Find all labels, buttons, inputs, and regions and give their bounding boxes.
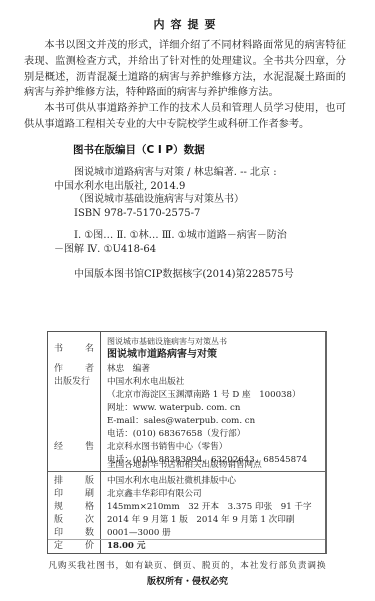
publisher-address: （北京市海淀区玉渊潭南路 1 号 D 座 100038）: [107, 389, 321, 401]
print-run-value: 0001—3000 册: [107, 527, 321, 539]
summary-paragraph-2: 本书可供从事道路养护工作的技术人员和管理人员学习使用，也可供从事道路工程相关专业…: [24, 101, 346, 133]
label-char: 格: [85, 501, 94, 513]
printing-value: 北京鑫丰华彩印有限公司: [107, 488, 321, 500]
label-edition: 版 次: [54, 514, 94, 526]
distributor-name: 北京科水图书销售中心（零售）: [107, 441, 321, 453]
summary-paragraph-1: 本书以图文并茂的形式，详细介绍了不同材料路面常见的病害特征表现、监测检查方式，并…: [24, 38, 346, 101]
label-char: 规: [54, 501, 63, 513]
cip-series-line: （图说城市基础设施病害与对策丛书）: [54, 193, 344, 207]
cip-isbn: ISBN 978-7-5170-2575-7: [54, 207, 344, 221]
label-char: 数: [85, 527, 94, 539]
book-name: 图说城市道路病害与对策: [107, 349, 321, 361]
label-text: 出版发行: [54, 376, 90, 388]
table-row-website: 网址：www. waterpub. com. cn: [48, 402, 325, 414]
publisher-name: 中国水利水电出版社: [107, 376, 321, 388]
label-char: 刷: [85, 488, 94, 500]
series-name: 图说城市基础设施病害与对策丛书: [107, 336, 321, 348]
typesetting-value: 中国水利水电出版社微机排版中心: [107, 475, 321, 487]
label-char: 版: [85, 475, 94, 487]
table-row-edition: 版 次 2014 年 9 月第 1 版 2014 年 9 月第 1 次印刷: [48, 514, 325, 526]
table-row-printing: 印 刷 北京鑫丰华彩印有限公司: [48, 488, 325, 500]
label-char: 书: [54, 343, 63, 355]
cip-entry-line2: 中国水利水电出版社, 2014.9: [54, 180, 344, 194]
table-row-phone: 电话：(010) 68367658（发行部）: [48, 428, 325, 440]
label-char: 版: [54, 514, 63, 526]
table-row-distributor: 经 售 北京科水图书销售中心（零售）: [48, 441, 325, 453]
label-char: 作: [54, 363, 63, 375]
price-value: 18.00 元: [107, 540, 321, 552]
retail-network: 全国各地新华书店和相关出版物销售网点: [107, 459, 321, 471]
label-char: 者: [85, 363, 94, 375]
publication-info-table: 图说城市基础设施病害与对策丛书 书 名 图说城市道路病害与对策 作 者 林忠 编…: [47, 331, 327, 554]
cip-record-number: 中国版本图书馆CIP数据核字(2014)第228575号: [74, 265, 294, 280]
copyright-notice: 版权所有・侵权必究: [0, 574, 375, 587]
table-row-publisher: 出版发行 中国水利水电出版社: [48, 376, 325, 388]
label-char: 价: [85, 540, 94, 552]
label-format: 规 格: [54, 501, 94, 513]
label-price: 定 价: [54, 540, 94, 552]
label-distributor: 经 售: [54, 441, 94, 453]
table-row-retail-network: 全国各地新华书店和相关出版物销售网点: [48, 459, 325, 471]
cip-classification-line2: －图解 Ⅳ. ①U418-64: [54, 243, 344, 257]
label-author: 作 者: [54, 363, 94, 375]
label-char: 名: [85, 343, 94, 355]
cip-classification-line1: Ⅰ. ①图… Ⅱ. ①林… Ⅲ. ①城市道路－病害－防治: [54, 229, 344, 243]
summary-body: 本书以图文并茂的形式，详细介绍了不同材料路面常见的病害特征表现、监测检查方式，并…: [24, 38, 346, 133]
label-print-run: 印 数: [54, 527, 94, 539]
table-row-typesetting: 排 版 中国水利水电出版社微机排版中心: [48, 475, 325, 487]
label-typesetting: 排 版: [54, 475, 94, 487]
publisher-phone: 电话：(010) 68367658（发行部）: [107, 428, 321, 440]
table-row-format: 规 格 145mm×210mm 32 开本 3.375 印张 91 千字: [48, 501, 325, 513]
label-char: 定: [54, 540, 63, 552]
table-row-price: 定 价 18.00 元: [48, 540, 325, 552]
table-row-email: E-mail：sales@waterpub. com. cn: [48, 415, 325, 427]
publisher-website: 网址：www. waterpub. com. cn: [107, 402, 321, 414]
label-char: 经: [54, 441, 63, 453]
label-char: 售: [85, 441, 94, 453]
table-row-author: 作 者 林忠 编著: [48, 363, 325, 375]
label-publisher: 出版发行: [54, 376, 94, 388]
format-value: 145mm×210mm 32 开本 3.375 印张 91 千字: [107, 501, 321, 513]
table-row-print-run: 印 数 0001—3000 册: [48, 527, 325, 539]
author-value: 林忠 编著: [107, 363, 321, 375]
label-char: 印: [54, 488, 63, 500]
table-row-book-name: 书 名 图说城市道路病害与对策: [48, 349, 325, 361]
cip-entry-line1: 图说城市道路病害与对策 / 林忠编著. -- 北京 :: [54, 166, 344, 180]
cip-classification: Ⅰ. ①图… Ⅱ. ①林… Ⅲ. ①城市道路－病害－防治 －图解 Ⅳ. ①U41…: [54, 229, 344, 256]
table-row-publisher-address: （北京市海淀区玉渊潭南路 1 号 D 座 100038）: [48, 389, 325, 401]
cip-entry: 图说城市道路病害与对策 / 林忠编著. -- 北京 : 中国水利水电出版社, 2…: [54, 166, 344, 220]
label-char: 排: [54, 475, 63, 487]
publisher-email: E-mail：sales@waterpub. com. cn: [107, 415, 321, 427]
edition-value: 2014 年 9 月第 1 版 2014 年 9 月第 1 次印刷: [107, 514, 321, 526]
label-char: 次: [85, 514, 94, 526]
label-printing: 印 刷: [54, 488, 94, 500]
replacement-notice: 凡购买我社图书，如有缺页、倒页、脱页的，本社发行部负责调换: [0, 559, 375, 571]
summary-title: 内容提要: [0, 16, 375, 32]
label-char: 印: [54, 527, 63, 539]
cip-heading: 图书在版编目（C I P）数据: [73, 142, 205, 157]
label-book-name: 书 名: [54, 343, 94, 355]
